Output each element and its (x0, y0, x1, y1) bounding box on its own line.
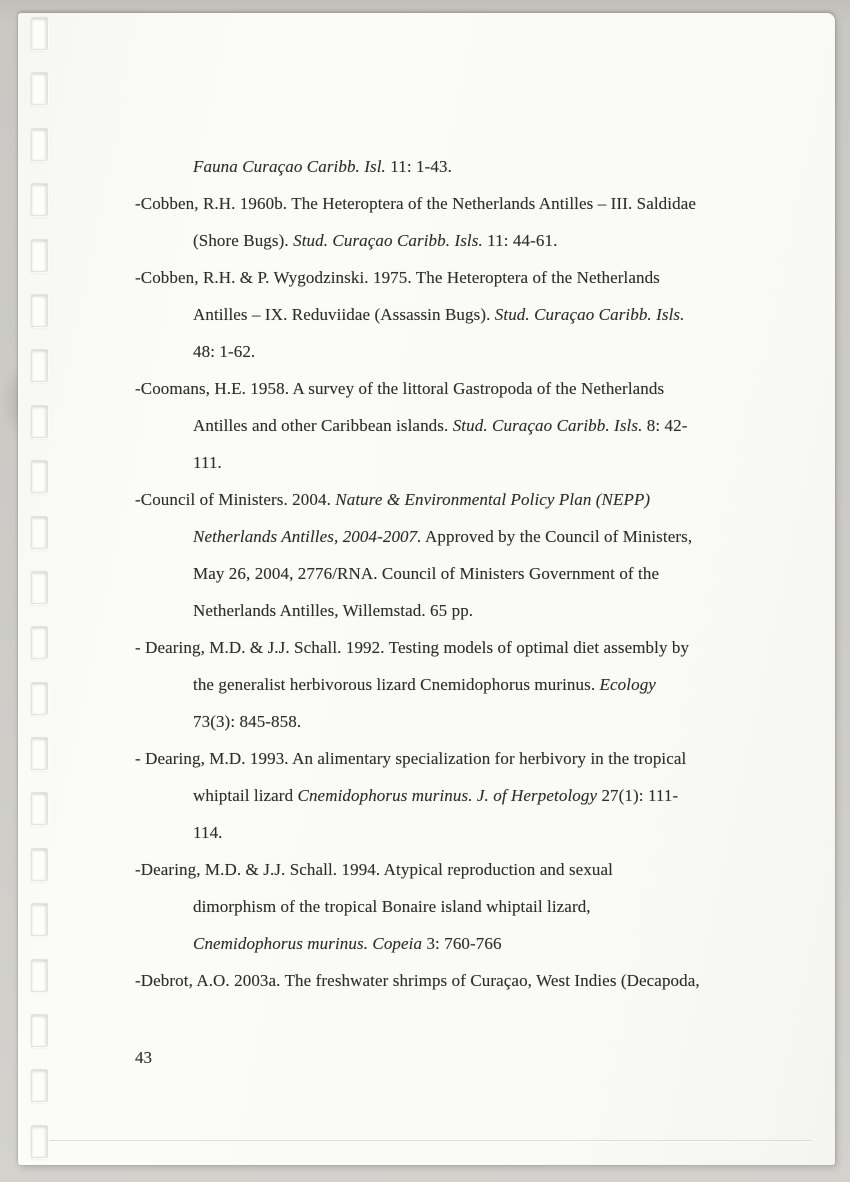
reference-line: - Dearing, M.D. & J.J. Schall. 1992. Tes… (135, 629, 825, 666)
reference-entry: -Council of Ministers. 2004. Nature & En… (135, 481, 825, 629)
reference-text-segment: Stud. Curaçao Caribb. Isls. (293, 231, 483, 250)
reference-entry: -Cobben, R.H. 1960b. The Heteroptera of … (135, 185, 825, 259)
binding-holes (31, 17, 48, 1158)
reference-entry: Fauna Curaçao Caribb. Isl. 11: 1-43. (135, 148, 825, 185)
reference-text-segment: 73(3): 845-858. (193, 712, 301, 731)
binding-hole (31, 1125, 48, 1158)
reference-line: Antilles and other Caribbean islands. St… (135, 407, 825, 444)
reference-line: - Dearing, M.D. 1993. An alimentary spec… (135, 740, 825, 777)
reference-text-segment: -Council of Ministers. 2004. (135, 490, 335, 509)
reference-line: 114. (135, 814, 825, 851)
reference-line: -Debrot, A.O. 2003a. The freshwater shri… (135, 962, 825, 999)
reference-text-segment: (Shore Bugs). (193, 231, 293, 250)
page-crease (50, 1140, 812, 1141)
reference-line: Netherlands Antilles, Willemstad. 65 pp. (135, 592, 825, 629)
reference-entry: -Dearing, M.D. & J.J. Schall. 1994. Atyp… (135, 851, 825, 962)
reference-text-segment: -Coomans, H.E. 1958. A survey of the lit… (135, 379, 664, 398)
binding-hole (31, 1014, 48, 1047)
reference-text-segment: 11: 44-61. (483, 231, 558, 250)
binding-hole (31, 349, 48, 382)
reference-entry: - Dearing, M.D. 1993. An alimentary spec… (135, 740, 825, 851)
binding-hole (31, 183, 48, 216)
reference-text-segment: Netherlands Antilles, 2004-2007. (193, 527, 422, 546)
reference-text-segment: 27(1): 111- (597, 786, 678, 805)
reference-text-segment: Ecology (600, 675, 656, 694)
reference-text-segment: Antilles – IX. Reduviidae (Assassin Bugs… (193, 305, 495, 324)
reference-line: May 26, 2004, 2776/RNA. Council of Minis… (135, 555, 825, 592)
reference-line: -Council of Ministers. 2004. Nature & En… (135, 481, 825, 518)
reference-text-segment: Fauna Curaçao Caribb. Isl. (193, 157, 386, 176)
reference-line: (Shore Bugs). Stud. Curaçao Caribb. Isls… (135, 222, 825, 259)
binding-hole (31, 737, 48, 770)
reference-text-segment: -Cobben, R.H. & P. Wygodzinski. 1975. Th… (135, 268, 660, 287)
reference-text-segment: Stud. Curaçao Caribb. Isls. (495, 305, 685, 324)
binding-hole (31, 239, 48, 272)
binding-hole (31, 626, 48, 659)
reference-entry: - Dearing, M.D. & J.J. Schall. 1992. Tes… (135, 629, 825, 740)
reference-text-segment: 3: 760-766 (422, 934, 501, 953)
reference-text-segment: Cnemidophorus murinus. Copeia (193, 934, 422, 953)
binding-hole (31, 792, 48, 825)
reference-text-segment: May 26, 2004, 2776/RNA. Council of Minis… (193, 564, 659, 583)
reference-line: -Cobben, R.H. & P. Wygodzinski. 1975. Th… (135, 259, 825, 296)
scanner-background: Fauna Curaçao Caribb. Isl. 11: 1-43.-Cob… (0, 0, 850, 1182)
reference-text-segment: dimorphism of the tropical Bonaire islan… (193, 897, 591, 916)
reference-text-segment: 48: 1-62. (193, 342, 255, 361)
binding-hole (31, 405, 48, 438)
reference-line: the generalist herbivorous lizard Cnemid… (135, 666, 825, 703)
reference-text-segment: -Debrot, A.O. 2003a. The freshwater shri… (135, 971, 700, 990)
reference-line: whiptail lizard Cnemidophorus murinus. J… (135, 777, 825, 814)
binding-hole (31, 903, 48, 936)
binding-hole (31, 571, 48, 604)
binding-hole (31, 17, 48, 50)
reference-text-segment: Approved by the Council of Ministers, (422, 527, 693, 546)
reference-line: -Dearing, M.D. & J.J. Schall. 1994. Atyp… (135, 851, 825, 888)
binding-hole (31, 516, 48, 549)
reference-line: -Cobben, R.H. 1960b. The Heteroptera of … (135, 185, 825, 222)
reference-text-segment: - Dearing, M.D. 1993. An alimentary spec… (135, 749, 686, 768)
binding-hole (31, 294, 48, 327)
reference-line: Cnemidophorus murinus. Copeia 3: 760-766 (135, 925, 825, 962)
reference-entry: -Cobben, R.H. & P. Wygodzinski. 1975. Th… (135, 259, 825, 370)
reference-text-segment: whiptail lizard (193, 786, 298, 805)
reference-entry: -Debrot, A.O. 2003a. The freshwater shri… (135, 962, 825, 999)
reference-text-segment: Netherlands Antilles, Willemstad. 65 pp. (193, 601, 473, 620)
reference-text-segment: Stud. Curaçao Caribb. Isls. (453, 416, 643, 435)
binding-hole (31, 460, 48, 493)
reference-text-segment: 111. (193, 453, 222, 472)
page-number: 43 (135, 1048, 152, 1068)
reference-line: 111. (135, 444, 825, 481)
reference-entry: -Coomans, H.E. 1958. A survey of the lit… (135, 370, 825, 481)
reference-text-segment: -Dearing, M.D. & J.J. Schall. 1994. Atyp… (135, 860, 613, 879)
reference-text-segment: -Cobben, R.H. 1960b. The Heteroptera of … (135, 194, 696, 213)
reference-text-segment: 11: 1-43. (386, 157, 452, 176)
reference-text-segment: - Dearing, M.D. & J.J. Schall. 1992. Tes… (135, 638, 689, 657)
reference-line: 48: 1-62. (135, 333, 825, 370)
reference-text-segment: the generalist herbivorous lizard Cnemid… (193, 675, 600, 694)
reference-text-segment: 114. (193, 823, 223, 842)
reference-line: 73(3): 845-858. (135, 703, 825, 740)
binding-hole (31, 128, 48, 161)
references-list: Fauna Curaçao Caribb. Isl. 11: 1-43.-Cob… (135, 148, 825, 999)
binding-hole (31, 848, 48, 881)
reference-line: -Coomans, H.E. 1958. A survey of the lit… (135, 370, 825, 407)
reference-line: dimorphism of the tropical Bonaire islan… (135, 888, 825, 925)
reference-line: Antilles – IX. Reduviidae (Assassin Bugs… (135, 296, 825, 333)
document-page: Fauna Curaçao Caribb. Isl. 11: 1-43.-Cob… (18, 13, 835, 1165)
binding-hole (31, 682, 48, 715)
binding-hole (31, 959, 48, 992)
reference-text-segment: Cnemidophorus murinus. J. of Herpetology (298, 786, 598, 805)
reference-text-segment: Nature & Environmental Policy Plan (NEPP… (335, 490, 650, 509)
reference-text-segment: Antilles and other Caribbean islands. (193, 416, 453, 435)
binding-hole (31, 1069, 48, 1102)
binding-hole (31, 72, 48, 105)
reference-text-segment: 8: 42- (642, 416, 687, 435)
reference-line: Fauna Curaçao Caribb. Isl. 11: 1-43. (135, 148, 825, 185)
reference-line: Netherlands Antilles, 2004-2007. Approve… (135, 518, 825, 555)
